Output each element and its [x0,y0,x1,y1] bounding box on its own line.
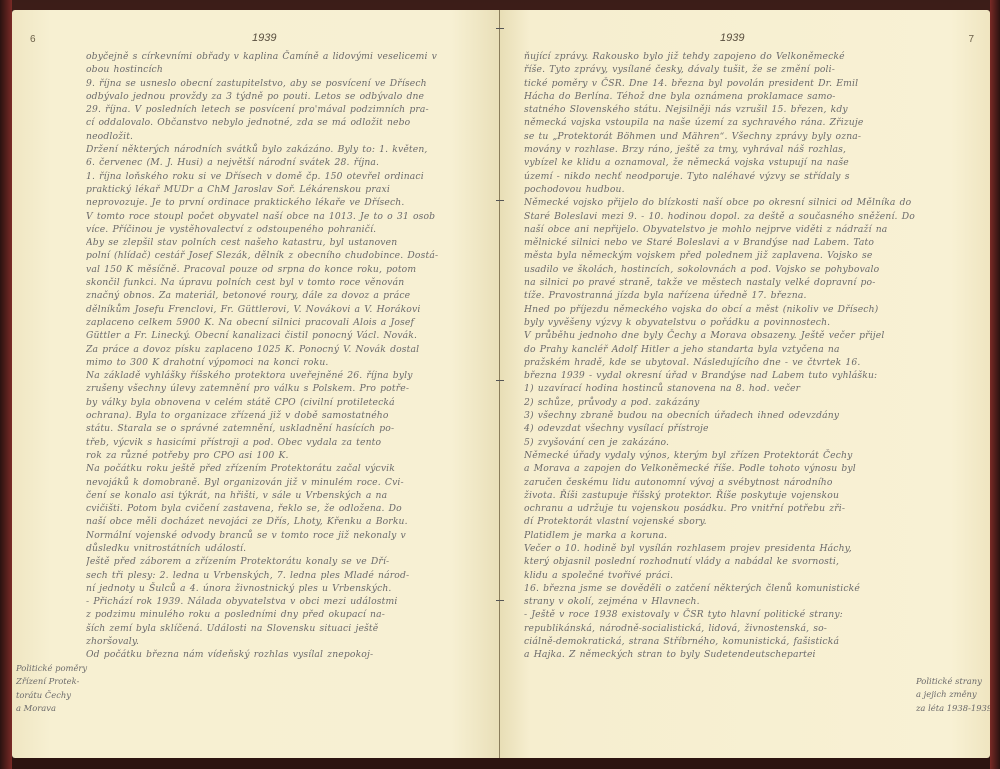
left-page: 6 1939 obyčejně s církevními obřady v ka… [12,10,500,758]
year-header: 1939 [720,32,744,44]
text-line: Politické poměry [16,662,96,675]
text-line: třeb, výcvik s hasicími přístroji a pod.… [86,436,488,449]
text-line: neodložit. [86,130,488,143]
text-line: pražském hradě, kde se ubytoval. Následu… [524,356,926,369]
text-line: - Ještě v roce 1938 existovaly v ČSR tyt… [524,608,926,621]
text-line: Normální vojenské odvody branců se v tom… [86,529,488,542]
text-line: 9. října se usneslo obecní zastupitelstv… [86,77,488,90]
text-line: - Přichází rok 1939. Nálada obyvatelstva… [86,595,488,608]
text-line: 2) schůze, průvody a pod. zakázány [524,396,926,409]
year-header: 1939 [252,32,276,44]
text-line: pochodovou hudbou. [524,183,926,196]
text-line: a jejich změny [916,688,990,701]
text-line: mělnické silnici nebo ve Staré Boleslavi… [524,236,926,249]
text-line: tíže. Pravostranná jízda byla nařízena ú… [524,289,926,302]
text-line: důsledku vnitrostátních událostí. [86,542,488,555]
text-line: V průběhu jednoho dne byly Čechy a Morav… [524,329,926,342]
text-line: Na počátku roku ještě před zřízením Prot… [86,462,488,475]
text-line: se tu „Protektorát Böhmen und Mähren“. V… [524,130,926,143]
text-line: Na základě vyhlášky říšského protektora … [86,369,488,382]
text-line: zaručen českému lidu autonomní vývoj a s… [524,476,926,489]
text-line: odbývalo jednou provždy za 3 týdně po po… [86,90,488,103]
text-line: nevojáků k domobraně. Byl organizován ji… [86,476,488,489]
text-line: 3) všechny zbraně budou na obecních úřad… [524,409,926,422]
text-line: ších zemí byla sklíčená. Události na Slo… [86,622,488,635]
text-line: a Hajka. Z německých stran to byly Sudet… [524,648,926,661]
text-line: klidu a společné tvořivé práci. [524,569,926,582]
text-line: a Morava a zapojen do Velkoněmecké říše.… [524,462,926,475]
text-line: Zřízení Protek- [16,675,96,688]
text-line: torátu Čechy [16,689,96,702]
text-line: 16. března jsme se dověděli o zatčení ně… [524,582,926,595]
text-line: statného Slovenského státu. Nejsilněji n… [524,103,926,116]
text-line: 4) odevzdat všechny vysílací přístroje [524,422,926,435]
text-line: čení se konalo asi týkrát, na hřišti, v … [86,489,488,502]
text-line: cvičišti. Potom byla cvičení zastavena, … [86,502,488,515]
cover-left-edge [0,0,12,769]
text-line: dí Protektorát vlastní vojenské sbory. [524,515,926,528]
text-line: strany v okolí, zejména v Hlavnech. [524,595,926,608]
margin-note: Politické stranya jejich změnyza léta 19… [916,675,990,715]
text-line: zrušeny všechny úlevy zatemnění pro válk… [86,382,488,395]
text-line: do Prahy kancléř Adolf Hitler a jeho sta… [524,343,926,356]
text-line: Politické strany [916,675,990,688]
text-line: by války byla obnovena v celém státě CPO… [86,396,488,409]
text-line: ňující zprávy. Rakousko bylo již tehdy z… [524,50,926,63]
text-line: a Morava [16,702,96,715]
text-line: německá vojska vstoupila na naše území z… [524,116,926,129]
text-line: rok za různé potřeby pro CPO asi 100 K. [86,449,488,462]
page-number: 6 [30,34,36,45]
text-line: státu. Starala se o správné zatemnění, u… [86,422,488,435]
text-line: skončil funkci. Na úpravu polních cest b… [86,276,488,289]
text-line: Platidlem je marka a koruna. [524,529,926,542]
page-tick-mark [496,600,504,601]
text-line: obyčejně s církevními obřady v kaplina Č… [86,50,488,63]
text-line: polní (hlídač) cestář Josef Slezák, děln… [86,249,488,262]
cover-right-edge [990,0,1000,769]
text-line: území - nikdo nechť neodporuje. Tyto nal… [524,170,926,183]
text-line: na silnici po pravé straně, takže ve měs… [524,276,926,289]
text-line: val 150 K měsíčně. Pracoval pouze od srp… [86,263,488,276]
text-line: 29. října. V posledních letech se posvíc… [86,103,488,116]
text-line: neprovozuje. Je to první ordinace prakti… [86,196,488,209]
text-line: Güttler a Fr. Linecký. Obecní kanalizaci… [86,329,488,342]
text-line: března 1939 - vydal okresní úřad v Brand… [524,369,926,382]
text-line: cí oddalovalo. Občanstvo nebylo jednotné… [86,116,488,129]
text-line: života. Říši zastupuje říšský protektor.… [524,489,926,502]
text-line: byly vyvěšeny výzvy k obyvatelstvu o poř… [524,316,926,329]
text-line: který objasnil poslední rozhodnutí vlády… [524,555,926,568]
text-line: Od počátku března nám vídeňský rozhlas v… [86,648,488,661]
text-line: Za práce a dovoz písku zaplaceno 1025 K.… [86,343,488,356]
text-line: ní jednoty u Šulců a 4. února živnostnic… [86,582,488,595]
text-line: říše. Tyto zprávy, vysílané česky, dával… [524,63,926,76]
text-line: 1) uzavírací hodina hostinců stanovena n… [524,382,926,395]
text-line: z podzimu minulého roku a posledními dny… [86,608,488,621]
text-line: ciálně-demokratická, strana Stříbrného, … [524,635,926,648]
text-line: naší obce měli docházet nevojáci ze Dřís… [86,515,488,528]
text-line: V tomto roce stoupl počet obyvatel naší … [86,210,488,223]
text-line: Německé vojsko přijelo do blízkosti naší… [524,196,926,209]
text-line: více. Příčinou je vystěhovalectví z odst… [86,223,488,236]
page-tick-mark [496,200,504,201]
text-line: mimo to 300 K drahotní výpomoci na konci… [86,356,488,369]
text-line: 1. října loňského roku si ve Dřísech v d… [86,170,488,183]
text-line: Německé úřady vydaly výnos, kterým byl z… [524,449,926,462]
handwritten-text: obyčejně s církevními obřady v kaplina Č… [86,50,488,662]
text-line: tické poměry v ČSR. Dne 14. března byl p… [524,77,926,90]
handwritten-text: ňující zprávy. Rakousko bylo již tehdy z… [524,50,926,662]
text-line: republikánská, národně-socialistická, li… [524,622,926,635]
text-line: usadilo ve školách, hostincích, sokolovn… [524,263,926,276]
page-number: 7 [968,34,974,45]
text-line: Držení některých národních svátků bylo z… [86,143,488,156]
text-line: 6. červenec (M. J. Husi) a největší náro… [86,156,488,169]
text-line: za léta 1938-1939 [916,702,990,715]
margin-note: Politické poměryZřízení Protek-torátu Če… [16,662,96,715]
text-line: Večer o 10. hodině byl vysílán rozhlasem… [524,542,926,555]
text-line: naší obce ani nepřijelo. Obyvatelstvo je… [524,223,926,236]
text-line: obou hostincích [86,63,488,76]
text-line: zaplaceno celkem 5900 K. Na obecní silni… [86,316,488,329]
text-line: Staré Boleslavi mezi 9. - 10. hodinou do… [524,210,926,223]
text-line: ochrana). Byla to organizace zřízená již… [86,409,488,422]
text-line: značný obnos. Za materiál, betonové rour… [86,289,488,302]
text-line: dělníkům Josefu Frenclovi, Fr. Güttlerov… [86,303,488,316]
text-line: sech tři plesy: 2. ledna u Vrbenských, 7… [86,569,488,582]
text-line: Ještě před záborem a zřízením Protektorá… [86,555,488,568]
text-line: Hned po příjezdu německého vojska do obc… [524,303,926,316]
page-tick-mark [496,28,504,29]
right-page: 7 1939 ňující zprávy. Rakousko bylo již … [500,10,990,758]
text-line: Aby se zlepšil stav polních cest našeho … [86,236,488,249]
text-line: Hácha do Berlína. Téhož dne byla oznámen… [524,90,926,103]
text-line: 5) zvyšování cen je zakázáno. [524,436,926,449]
text-line: zhoršovaly. [86,635,488,648]
text-line: movány v rozhlase. Brzy ráno, ještě za t… [524,143,926,156]
text-line: města byla německým vojskem před poledne… [524,249,926,262]
text-line: vybízel ke klidu a oznamoval, že německá… [524,156,926,169]
text-line: praktický lékař MUDr a ChM Jaroslav Soř.… [86,183,488,196]
page-tick-mark [496,380,504,381]
text-line: ochranu a udržuje tu vojenskou posádku. … [524,502,926,515]
